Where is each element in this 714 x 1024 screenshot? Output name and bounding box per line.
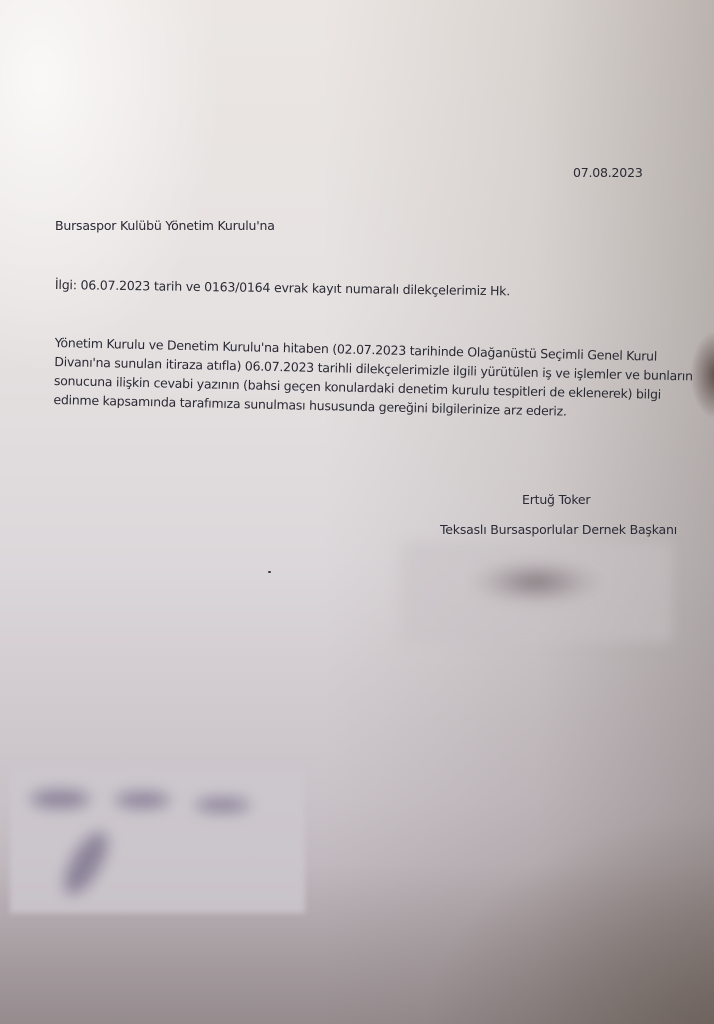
paper-speck: [268, 571, 271, 573]
blurred-mark: [30, 790, 90, 808]
redacted-signature: [400, 542, 672, 642]
redacted-stamp: [10, 768, 305, 913]
letter-recipient: Bursaspor Kulübü Yönetim Kurulu'na: [55, 218, 275, 233]
blurred-mark: [195, 798, 250, 812]
signer-name: Ertuğ Toker: [522, 492, 590, 507]
blurred-mark: [56, 826, 115, 901]
letter-body: Yönetim Kurulu ve Denetim Kurulu'na hita…: [53, 333, 693, 423]
blurred-mark: [115, 792, 170, 808]
letter-date: 07.08.2023: [573, 165, 643, 180]
signer-title: Teksaslı Bursasporlular Dernek Başkanı: [440, 522, 677, 537]
